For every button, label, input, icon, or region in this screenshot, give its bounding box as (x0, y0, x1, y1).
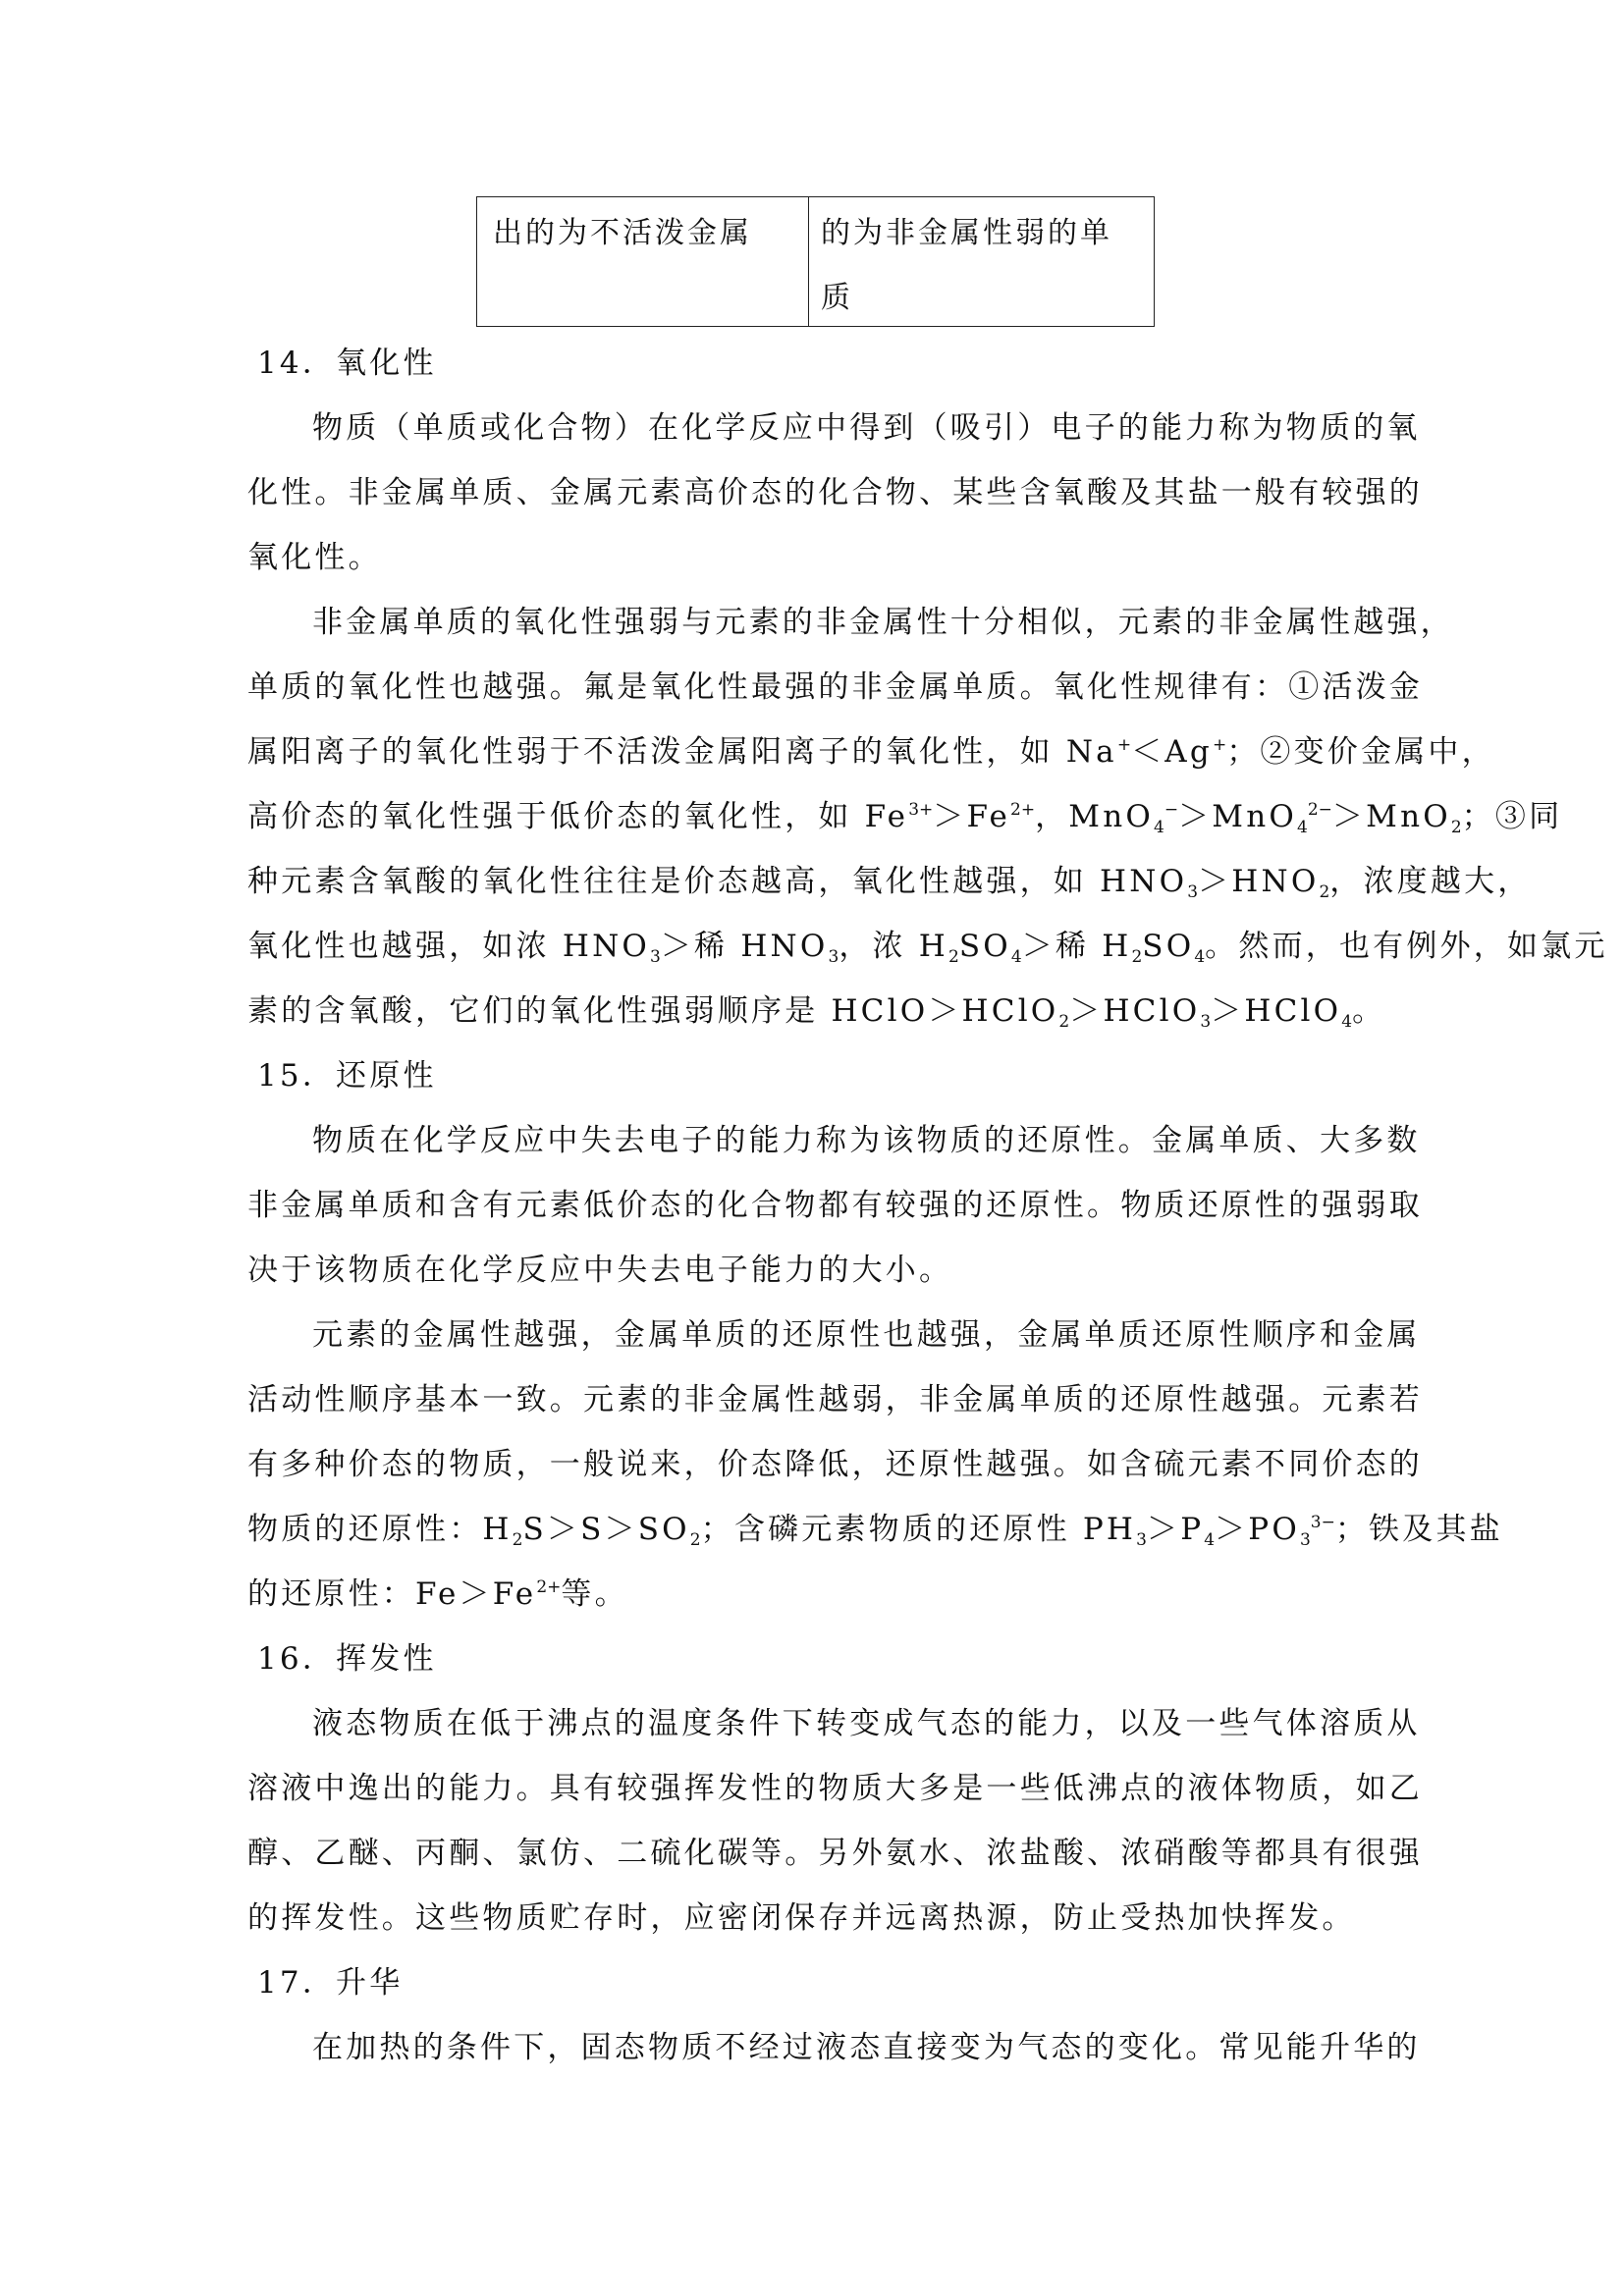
paragraph-line: 活动性顺序基本一致。元素的非金属性越弱，非金属单质的还原性越强。元素若 (247, 1380, 1423, 1419)
paragraph-line: 物质（单质或化合物）在化学反应中得到（吸引）电子的能力称为物质的氧 (312, 408, 1421, 448)
paragraph-line-formula: 氧化性也越强，如浓 HNO3＞稀 HNO3，浓 H2SO4＞稀 H2SO4。然而… (247, 927, 1608, 966)
paragraph-line: 元素的金属性越强，金属单质的还原性也越强，金属单质还原性顺序和金属 (312, 1315, 1421, 1355)
paragraph-line-formula: 属阳离子的氧化性弱于不活泼金属阳离子的氧化性，如 Na+＜Ag+；②变价金属中， (247, 732, 1495, 772)
paragraph-line: 物质在化学反应中失去电子的能力称为该物质的还原性。金属单质、大多数 (312, 1121, 1421, 1160)
section-heading-oxidizing: 14．氧化性 (257, 344, 437, 383)
table-cell-right: 的为非金属性弱的单 质 (809, 197, 1154, 326)
paragraph-line: 醇、乙醚、丙酮、氯仿、二硫化碳等。另外氨水、浓盐酸、浓硝酸等都具有很强 (247, 1834, 1423, 1873)
section-heading-volatility: 16．挥发性 (257, 1639, 437, 1679)
paragraph-line: 化性。非金属单质、金属元素高价态的化合物、某些含氧酸及其盐一般有较强的 (247, 473, 1423, 512)
paragraph-line-formula: 物质的还原性：H2S＞S＞SO2；含磷元素物质的还原性 PH3＞P4＞PO33−… (247, 1510, 1503, 1549)
table-cell-left: 出的为不活泼金属 (477, 197, 809, 326)
paragraph-line: 氧化性。 (247, 538, 382, 577)
paragraph-line: 在加热的条件下，固态物质不经过液态直接变为气态的变化。常见能升华的 (312, 2028, 1421, 2067)
paragraph-line-formula: 高价态的氧化性强于低价态的氧化性，如 Fe3+＞Fe2+，MnO4−＞MnO42… (247, 797, 1562, 836)
paragraph-line: 非金属单质的氧化性强弱与元素的非金属性十分相似，元素的非金属性越强， (312, 603, 1454, 642)
paragraph-line: 液态物质在低于沸点的温度条件下转变成气态的能力，以及一些气体溶质从 (312, 1704, 1421, 1743)
paragraph-line-formula: 素的含氧酸，它们的氧化性强弱顺序是 HClO＞HClO2＞HClO3＞HClO4… (247, 991, 1385, 1031)
table-cell-text: 出的为不活泼金属 (493, 209, 808, 274)
comparison-table-fragment: 出的为不活泼金属 的为非金属性弱的单 质 (476, 196, 1155, 327)
paragraph-line-formula: 的还原性：Fe＞Fe2+等。 (247, 1575, 628, 1614)
table-cell-text: 质 (821, 274, 1154, 339)
document-page: 出的为不活泼金属 的为非金属性弱的单 质 14．氧化性 物质（单质或化合物）在化… (0, 0, 1624, 2296)
paragraph-line: 的挥发性。这些物质贮存时，应密闭保存并远离热源，防止受热加快挥发。 (247, 1898, 1356, 1938)
section-heading-sublimation: 17．升华 (257, 1963, 403, 2002)
paragraph-line: 单质的氧化性也越强。氟是氧化性最强的非金属单质。氧化性规律有：①活泼金 (247, 667, 1423, 707)
paragraph-line: 决于该物质在化学反应中失去电子能力的大小。 (247, 1251, 952, 1290)
paragraph-line-formula: 种元素含氧酸的氧化性往往是价态越高，氧化性越强，如 HNO3＞HNO2，浓度越大… (247, 862, 1531, 901)
section-heading-reducing: 15．还原性 (257, 1056, 437, 1095)
table-cell-text: 的为非金属性弱的单 (821, 209, 1154, 274)
paragraph-line: 有多种价态的物质，一般说来，价态降低，还原性越强。如含硫元素不同价态的 (247, 1445, 1423, 1484)
paragraph-line: 非金属单质和含有元素低价态的化合物都有较强的还原性。物质还原性的强弱取 (247, 1186, 1423, 1225)
paragraph-line: 溶液中逸出的能力。具有较强挥发性的物质大多是一些低沸点的液体物质，如乙 (247, 1769, 1423, 1808)
